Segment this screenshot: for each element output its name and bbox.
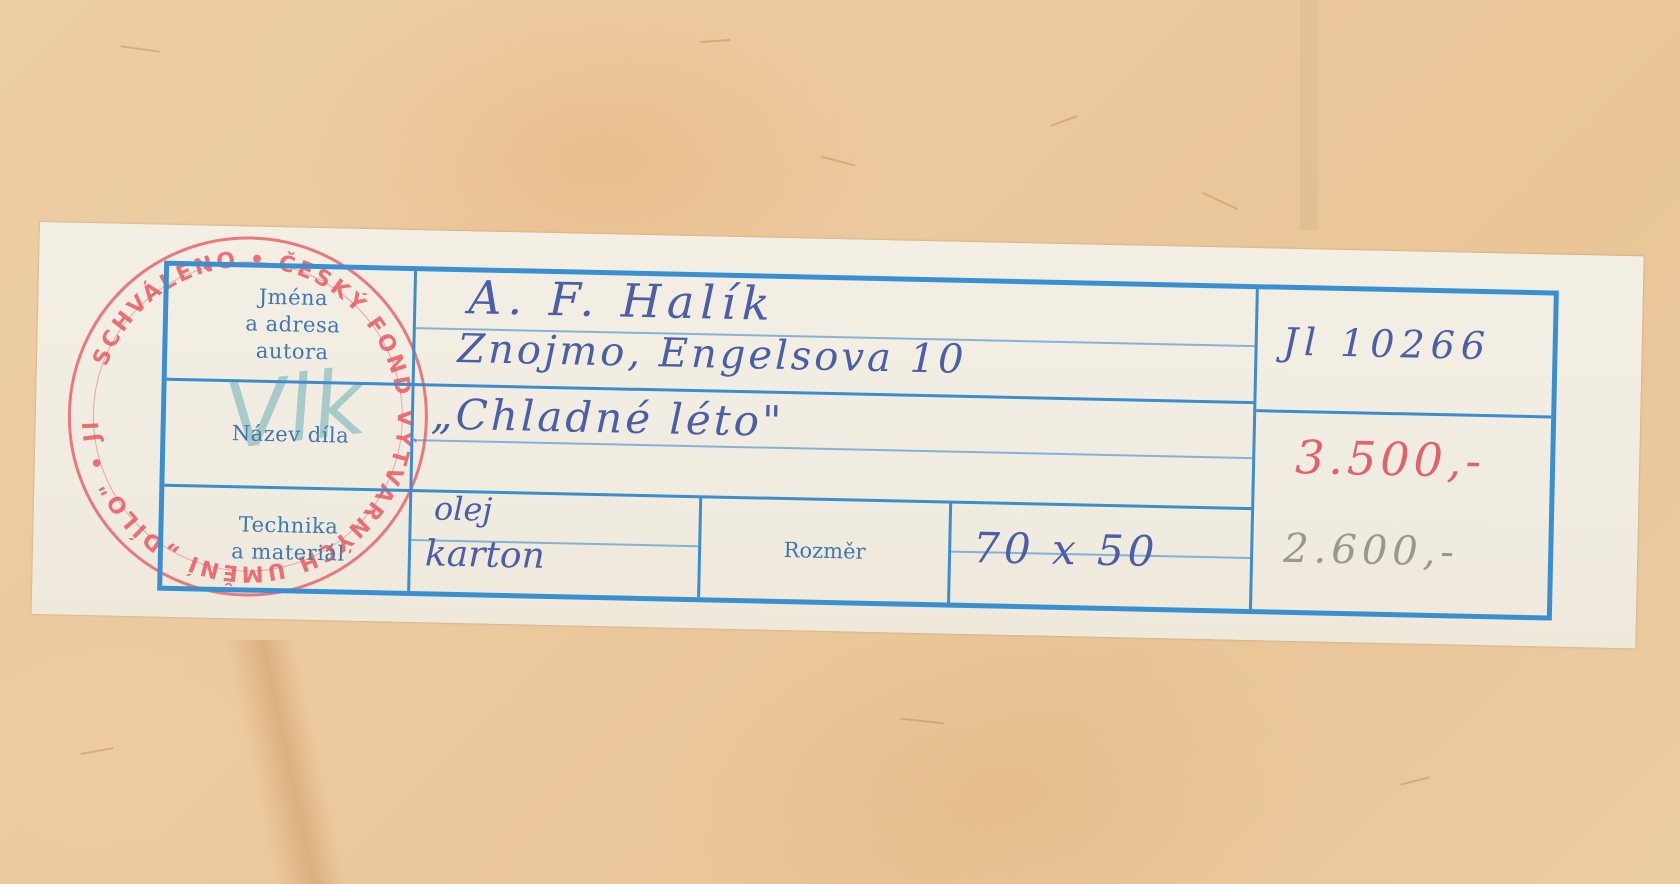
inventory-number: Jl 10266: [1282, 320, 1491, 368]
price-red: 3.500,-: [1295, 430, 1486, 488]
exhibition-label-card: SCHVÁLENO • ČESKÝ FOND VÝTVARNÝCH UMĚNÍ …: [32, 222, 1644, 648]
writing-line: [413, 439, 1252, 459]
fiber: [120, 45, 160, 53]
author-field-label: Jména a adresa autora: [167, 266, 419, 383]
label-line: autora: [245, 337, 340, 366]
fiber: [80, 747, 114, 755]
right-block-divider: [1249, 289, 1259, 609]
fiber: [700, 39, 730, 43]
price-pencil: 2.600,-: [1283, 526, 1460, 576]
fiber: [1051, 115, 1078, 126]
work-title: „Chladné léto": [430, 389, 784, 446]
label-line: Technika: [232, 511, 346, 540]
label-line: Rozměr: [783, 538, 865, 564]
label-line: a adresa: [245, 310, 340, 339]
label-line: a materiál: [231, 538, 345, 567]
fiber: [1400, 776, 1430, 785]
technique-line-2: karton: [425, 533, 546, 577]
label-line: Jména: [246, 283, 341, 312]
crease: [1300, 0, 1318, 230]
fiber: [1201, 192, 1238, 211]
title-field-label: Název díla: [164, 381, 416, 489]
right-block-row-divider: [1256, 409, 1551, 418]
water-stain: [224, 640, 346, 884]
size-field-label: Rozměr: [700, 498, 949, 603]
technique-line-1: olej: [434, 490, 493, 529]
label-form-table: Jména a adresa autora Název díla Technik…: [157, 261, 1559, 621]
author-address: Znojmo, Engelsova 10: [457, 326, 967, 383]
author-name: A. F. Halík: [468, 270, 776, 331]
fiber: [900, 718, 944, 725]
label-line: Název díla: [232, 420, 350, 450]
fiber: [820, 155, 855, 166]
technique-field-label: Technika a materiál: [162, 487, 414, 592]
size-value: 70 x 50: [973, 523, 1159, 576]
